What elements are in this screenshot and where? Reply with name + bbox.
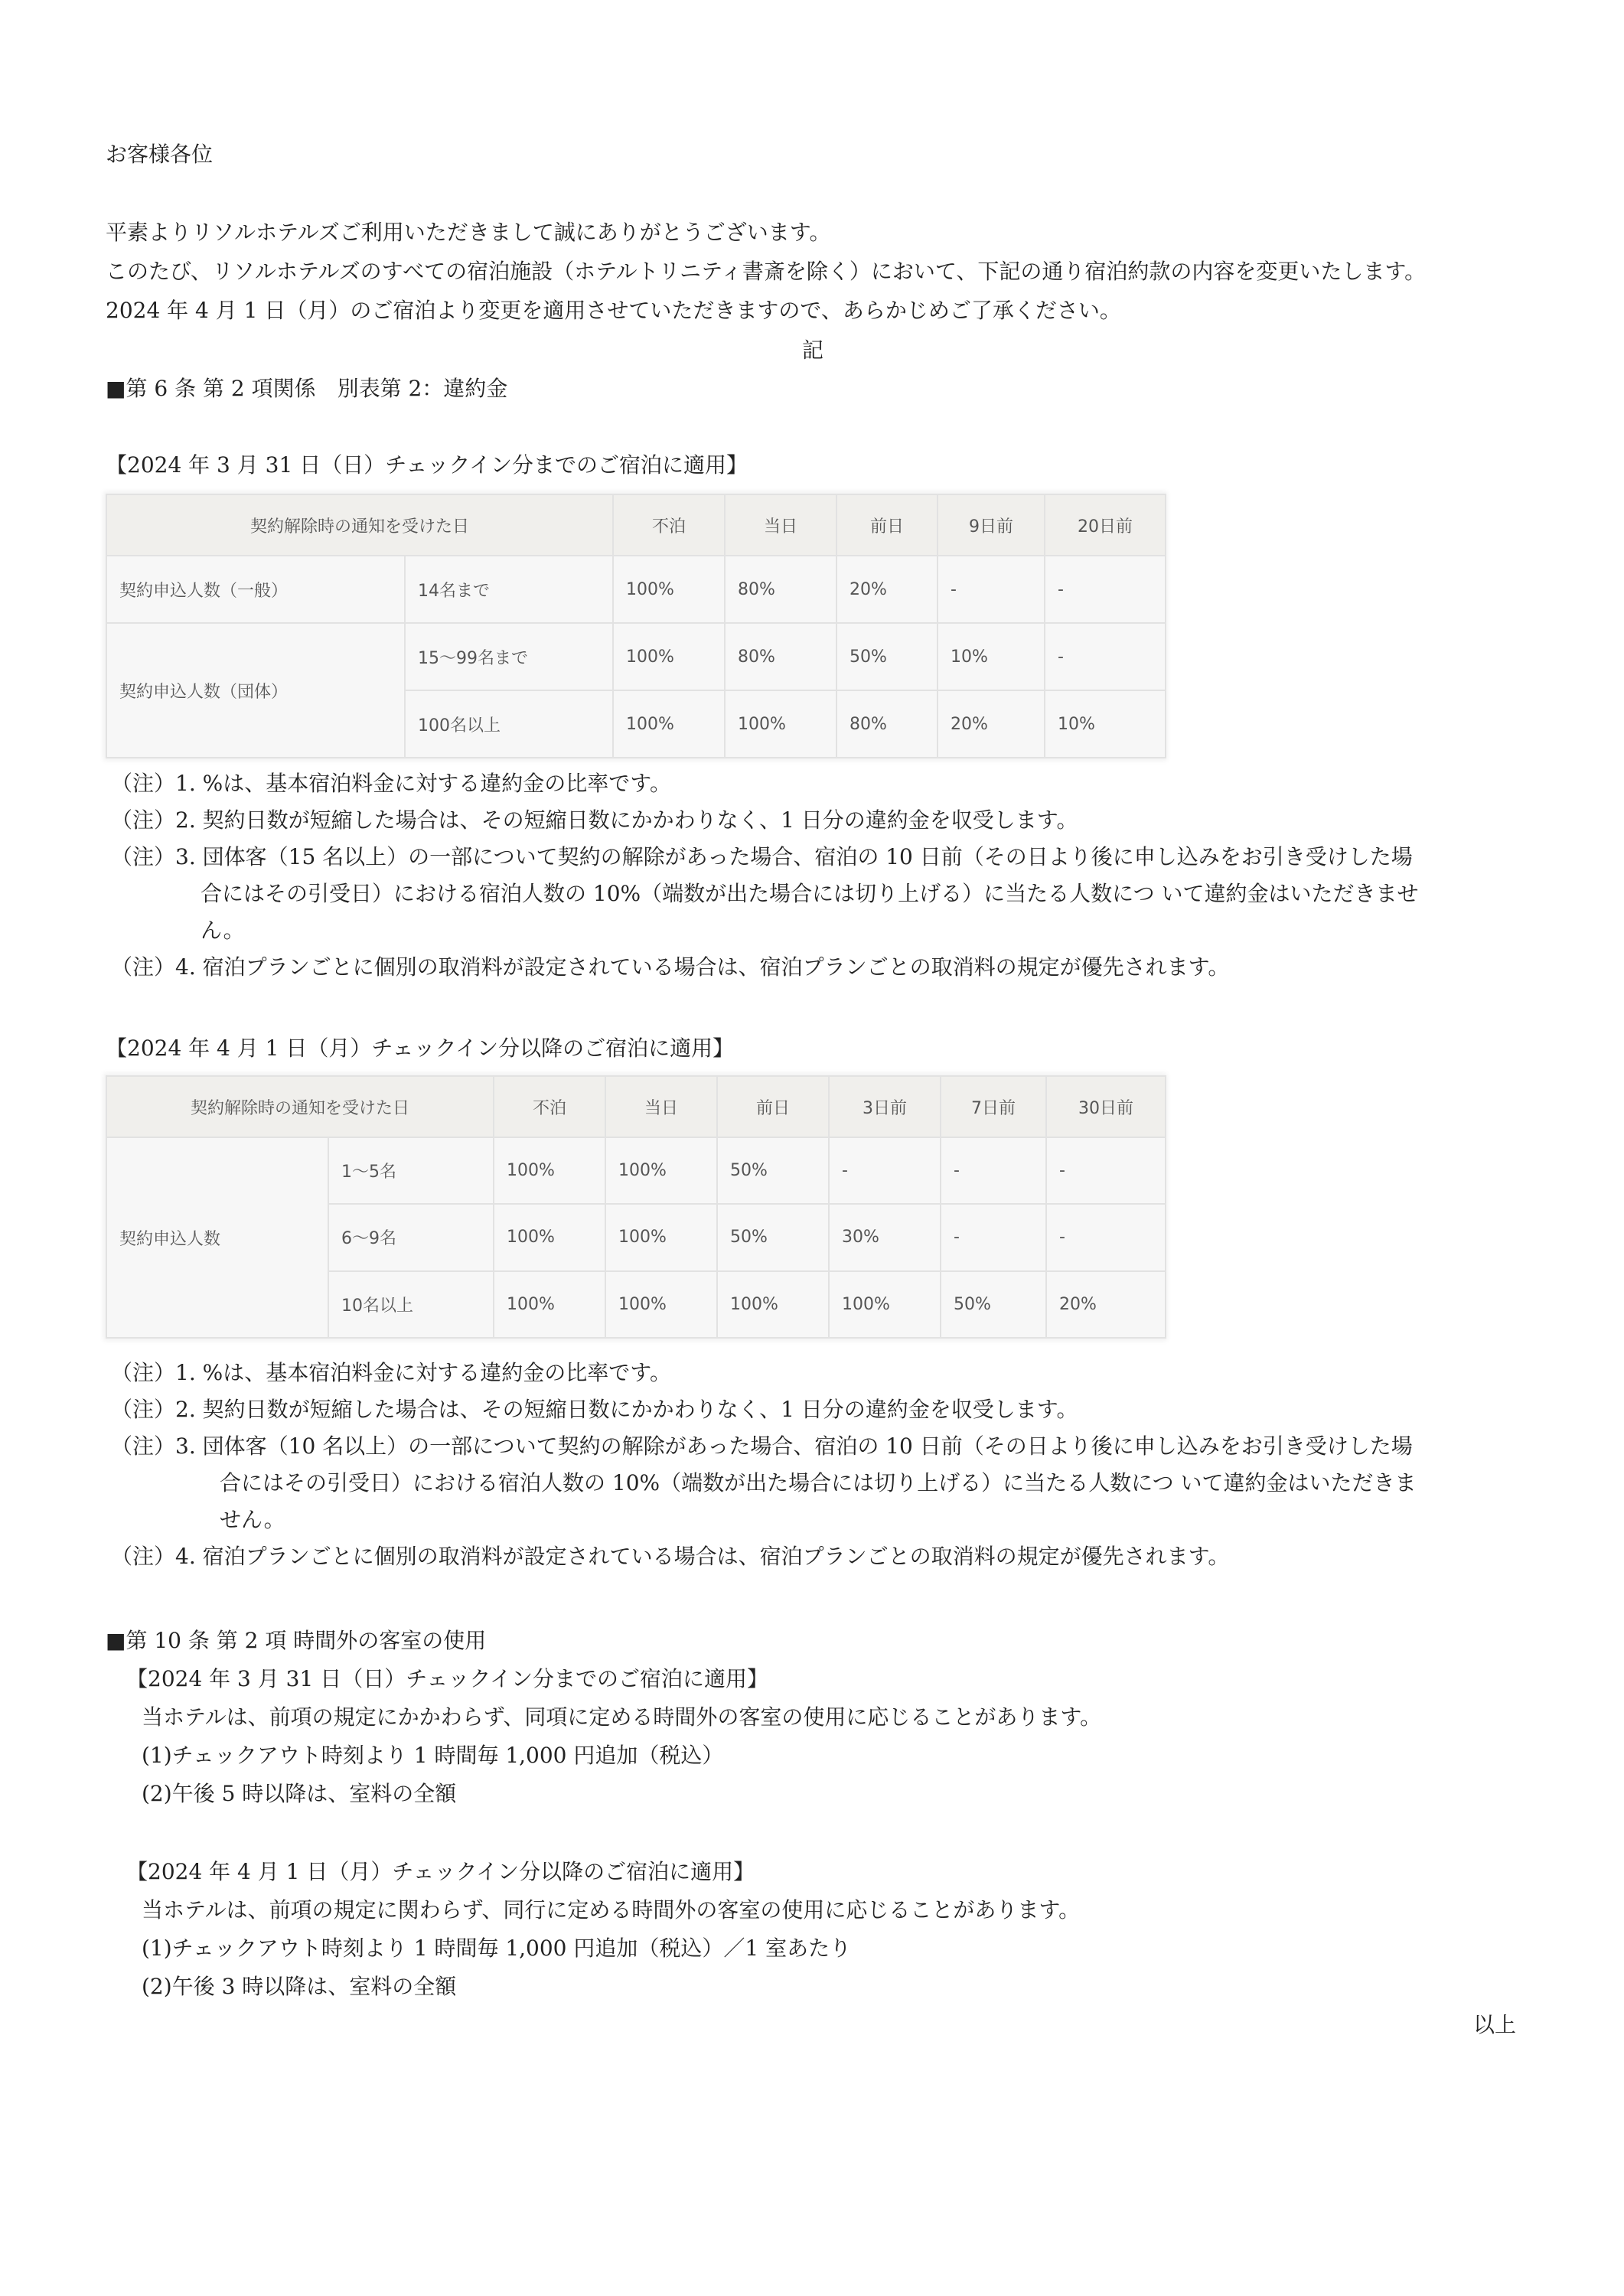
note-text: %は、基本宿泊料金に対する違約金の比率です。 <box>203 771 671 796</box>
value-cell: 100% <box>494 1271 605 1338</box>
note-2-new: （注）2. 契約日数が短縮した場合は、その短縮日数にかかわりなく、1 日分の違約… <box>111 1391 1078 1428</box>
section2-new-item-1: (1)チェックアウト時刻より 1 時間毎 1,000 円追加（税込）／1 室あた… <box>142 1935 851 1962</box>
note-text: %は、基本宿泊料金に対する違約金の比率です。 <box>203 1360 671 1385</box>
closing: 以上 <box>1473 2011 1516 2039</box>
note-1-old: （注）1. %は、基本宿泊料金に対する違約金の比率です。 <box>111 765 671 802</box>
note-4-old: （注）4. 宿泊プランごとに個別の取消料が設定されている場合は、宿泊プランごとの… <box>111 949 1229 986</box>
note-3-old-cont-1: 合にはその引受日）における宿泊人数の 10%（端数が出た場合には切り上げる）に当… <box>201 876 1418 912</box>
value-cell: 100% <box>717 1271 829 1338</box>
value-cell: 30% <box>829 1204 941 1270</box>
intro-line-2: このたび、リソルホテルズのすべての宿泊施設（ホテルトリニティ書斎を除く）において… <box>106 258 1426 285</box>
col-header: 30日前 <box>1046 1076 1166 1137</box>
value-cell: - <box>941 1137 1046 1204</box>
col-header: 当日 <box>725 494 836 556</box>
penalty-table-old: 契約解除時の通知を受けた日 不泊 当日 前日 9日前 20日前 契約申込人数（一… <box>106 494 1165 758</box>
note-3-new-cont-1: 合にはその引受日）における宿泊人数の 10%（端数が出た場合には切り上げる）に当… <box>220 1465 1416 1502</box>
note-prefix: （注）4. <box>111 1544 196 1569</box>
value-cell: - <box>1046 1204 1166 1270</box>
ki-mark: 記 <box>802 337 823 364</box>
note-text: 宿泊プランごとに個別の取消料が設定されている場合は、宿泊プランごとの取消料の規定… <box>203 954 1230 980</box>
section1-old-label: 【2024 年 3 月 31 日（日）チェックイン分までのご宿泊に適用】 <box>106 452 748 479</box>
section2-old-item-1: (1)チェックアウト時刻より 1 時間毎 1,000 円追加（税込） <box>142 1742 723 1769</box>
value-cell: 100% <box>605 1137 717 1204</box>
note-2-old: （注）2. 契約日数が短縮した場合は、その短縮日数にかかわりなく、1 日分の違約… <box>111 802 1078 839</box>
col-header: 前日 <box>717 1076 829 1137</box>
note-text: 宿泊プランごとに個別の取消料が設定されている場合は、宿泊プランごとの取消料の規定… <box>203 1544 1230 1569</box>
note-prefix: （注）3. <box>111 844 196 869</box>
col-header: 7日前 <box>941 1076 1046 1137</box>
note-1-new: （注）1. %は、基本宿泊料金に対する違約金の比率です。 <box>111 1355 671 1391</box>
col-header: 当日 <box>605 1076 717 1137</box>
value-cell: 10% <box>1045 690 1166 758</box>
col-header: 不泊 <box>494 1076 605 1137</box>
penalty-table-new: 契約解除時の通知を受けた日 不泊 当日 前日 3日前 7日前 30日前 契約申込… <box>106 1075 1165 1339</box>
group-label: 契約申込人数（団体） <box>106 623 405 758</box>
value-cell: 80% <box>725 556 836 623</box>
table-header-label: 契約解除時の通知を受けた日 <box>106 1076 494 1137</box>
note-3-old: （注）3. 団体客（15 名以上）の一部について契約の解除があった場合、宿泊の … <box>111 839 1413 876</box>
value-cell: - <box>829 1137 941 1204</box>
value-cell: 100% <box>725 690 836 758</box>
note-prefix: （注）4. <box>111 954 196 980</box>
value-cell: 100% <box>613 556 725 623</box>
col-header: 前日 <box>836 494 938 556</box>
size-cell: 15～99名まで <box>405 623 613 690</box>
note-3-old-cont-2: ん。 <box>201 912 245 949</box>
note-prefix: （注）2. <box>111 1397 196 1422</box>
note-text: 団体客（10 名以上）の一部について契約の解除があった場合、宿泊の 10 日前（… <box>203 1433 1413 1459</box>
section2-old-item-2: (2)午後 5 時以降は、室料の全額 <box>142 1780 456 1808</box>
note-prefix: （注）3. <box>111 1433 196 1459</box>
note-text: 契約日数が短縮した場合は、その短縮日数にかかわりなく、1 日分の違約金を収受しま… <box>203 1397 1078 1422</box>
note-prefix: （注）1. <box>111 1360 196 1385</box>
value-cell: 50% <box>717 1137 829 1204</box>
section2-new-item-2: (2)午後 3 時以降は、室料の全額 <box>142 1973 456 2001</box>
note-prefix: （注）2. <box>111 807 196 833</box>
group-label: 契約申込人数 <box>106 1137 328 1338</box>
section2-old-label: 【2024 年 3 月 31 日（日）チェックイン分までのご宿泊に適用】 <box>126 1665 768 1693</box>
group-label: 契約申込人数（一般） <box>106 556 405 623</box>
table-header-label: 契約解除時の通知を受けた日 <box>106 494 613 556</box>
value-cell: - <box>941 1204 1046 1270</box>
note-4-new: （注）4. 宿泊プランごとに個別の取消料が設定されている場合は、宿泊プランごとの… <box>111 1538 1229 1575</box>
value-cell: 100% <box>829 1271 941 1338</box>
value-cell: - <box>1045 623 1166 690</box>
intro-line-3: 2024 年 4 月 1 日（月）のご宿泊より変更を適用させていただきますので、… <box>106 297 1121 325</box>
col-header: 20日前 <box>1045 494 1166 556</box>
value-cell: 100% <box>605 1271 717 1338</box>
note-text: 団体客（15 名以上）の一部について契約の解除があった場合、宿泊の 10 日前（… <box>203 844 1413 869</box>
value-cell: 100% <box>494 1204 605 1270</box>
value-cell: 100% <box>613 690 725 758</box>
value-cell: 20% <box>938 690 1045 758</box>
value-cell: 20% <box>836 556 938 623</box>
value-cell: 50% <box>717 1204 829 1270</box>
value-cell: 100% <box>605 1204 717 1270</box>
value-cell: 100% <box>494 1137 605 1204</box>
size-cell: 1～5名 <box>328 1137 494 1204</box>
value-cell: 100% <box>613 623 725 690</box>
value-cell: - <box>938 556 1045 623</box>
section2-heading: ■第 10 条 第 2 項 時間外の客室の使用 <box>106 1627 486 1655</box>
size-cell: 14名まで <box>405 556 613 623</box>
size-cell: 6～9名 <box>328 1204 494 1270</box>
table-row: 契約申込人数（一般） 14名まで 100% 80% 20% - - <box>106 556 1166 623</box>
section2-new-label: 【2024 年 4 月 1 日（月）チェックイン分以降のご宿泊に適用】 <box>126 1858 755 1886</box>
note-text: 契約日数が短縮した場合は、その短縮日数にかかわりなく、1 日分の違約金を収受しま… <box>203 807 1078 833</box>
section2-old-body: 当ホテルは、前項の規定にかかわらず、同項に定める時間外の客室の使用に応じることが… <box>142 1704 1101 1731</box>
value-cell: 50% <box>941 1271 1046 1338</box>
col-header: 9日前 <box>938 494 1045 556</box>
section1-new-label: 【2024 年 4 月 1 日（月）チェックイン分以降のご宿泊に適用】 <box>106 1035 734 1062</box>
value-cell: 50% <box>836 623 938 690</box>
col-header: 3日前 <box>829 1076 941 1137</box>
value-cell: 10% <box>938 623 1045 690</box>
note-3-new: （注）3. 団体客（10 名以上）の一部について契約の解除があった場合、宿泊の … <box>111 1428 1413 1465</box>
table-row: 契約申込人数（団体） 15～99名まで 100% 80% 50% 10% - <box>106 623 1166 690</box>
intro-line-1: 平素よりリソルホテルズご利用いただきまして誠にありがとうございます。 <box>106 219 831 246</box>
value-cell: 80% <box>725 623 836 690</box>
salutation: お客様各位 <box>106 141 213 168</box>
value-cell: - <box>1046 1137 1166 1204</box>
note-prefix: （注）1. <box>111 771 196 796</box>
section1-heading: ■第 6 条 第 2 項関係 別表第 2：違約金 <box>106 375 507 403</box>
size-cell: 10名以上 <box>328 1271 494 1338</box>
section2-new-body: 当ホテルは、前項の規定に関わらず、同行に定める時間外の客室の使用に応じることがあ… <box>142 1896 1080 1924</box>
col-header: 不泊 <box>613 494 725 556</box>
note-3-new-cont-2: せん。 <box>220 1502 285 1538</box>
value-cell: 80% <box>836 690 938 758</box>
value-cell: 20% <box>1046 1271 1166 1338</box>
value-cell: - <box>1045 556 1166 623</box>
table-row: 契約申込人数 1～5名 100% 100% 50% - - - <box>106 1137 1166 1204</box>
size-cell: 100名以上 <box>405 690 613 758</box>
